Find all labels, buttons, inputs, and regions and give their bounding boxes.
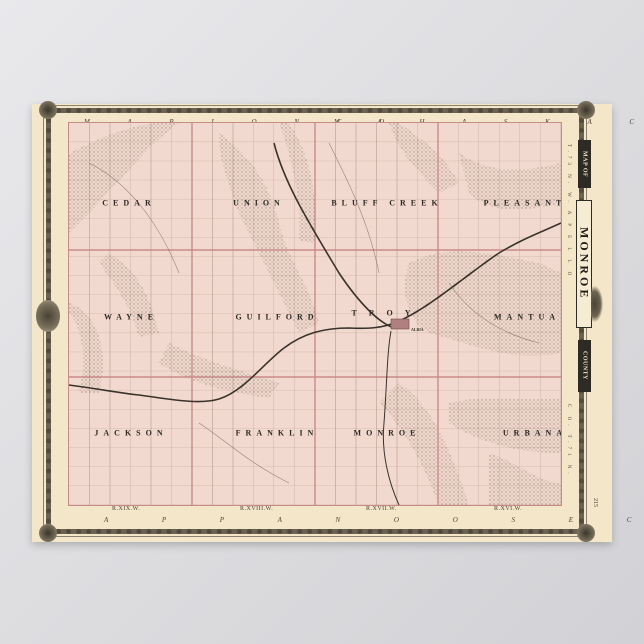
eagle-ornament-icon [591,286,603,322]
township-label: URBANA [503,429,562,438]
title-map-of: MAP OF [578,140,591,188]
range-label: R.XVII.W. [366,506,397,512]
corner-ornament-icon [39,101,57,119]
corner-ornament-icon [577,524,595,542]
township-label: JACKSON [94,429,167,438]
range-label: R.XIX.W. [112,506,140,512]
township-label: TROY [351,309,422,318]
corner-ornament-icon [39,524,57,542]
side-text-wapello: T.73 N. W. A P E L L O [566,144,571,279]
county-map: CEDAR UNION BLUFF CREEK PLEASANT WAYNE G… [68,122,562,506]
township-label: BLUFF CREEK [331,199,442,208]
range-label: R.XVI.W. [494,506,522,512]
corner-ornament-icon [577,101,595,119]
township-label: WAYNE [104,313,158,322]
page-number: 215 [592,498,598,507]
south-border-label-appanoose: A P P A N O O S E C O. [104,516,644,524]
map-poster: M A R I O N C O. M A H A S K A C O. A P … [32,104,612,542]
side-text-bottom: C O. T.71 N. [566,404,571,478]
township-label: FRANKLIN [236,429,319,438]
township-label: GUILFORD [235,313,318,322]
albia-town-block [391,319,409,329]
title-monroe: MONROE [576,200,592,328]
township-label: CEDAR [102,199,155,208]
township-label: MONROE [354,429,421,438]
title-county: COUNTY [578,340,591,392]
range-label: R.XVIII.W. [240,506,273,512]
county-seat-label: ALBIA [411,327,424,332]
medallion-ornament-icon [36,300,60,332]
township-label: PLEASANT [484,199,562,208]
township-label: MANTUA [494,313,560,322]
township-label: UNION [233,199,285,208]
